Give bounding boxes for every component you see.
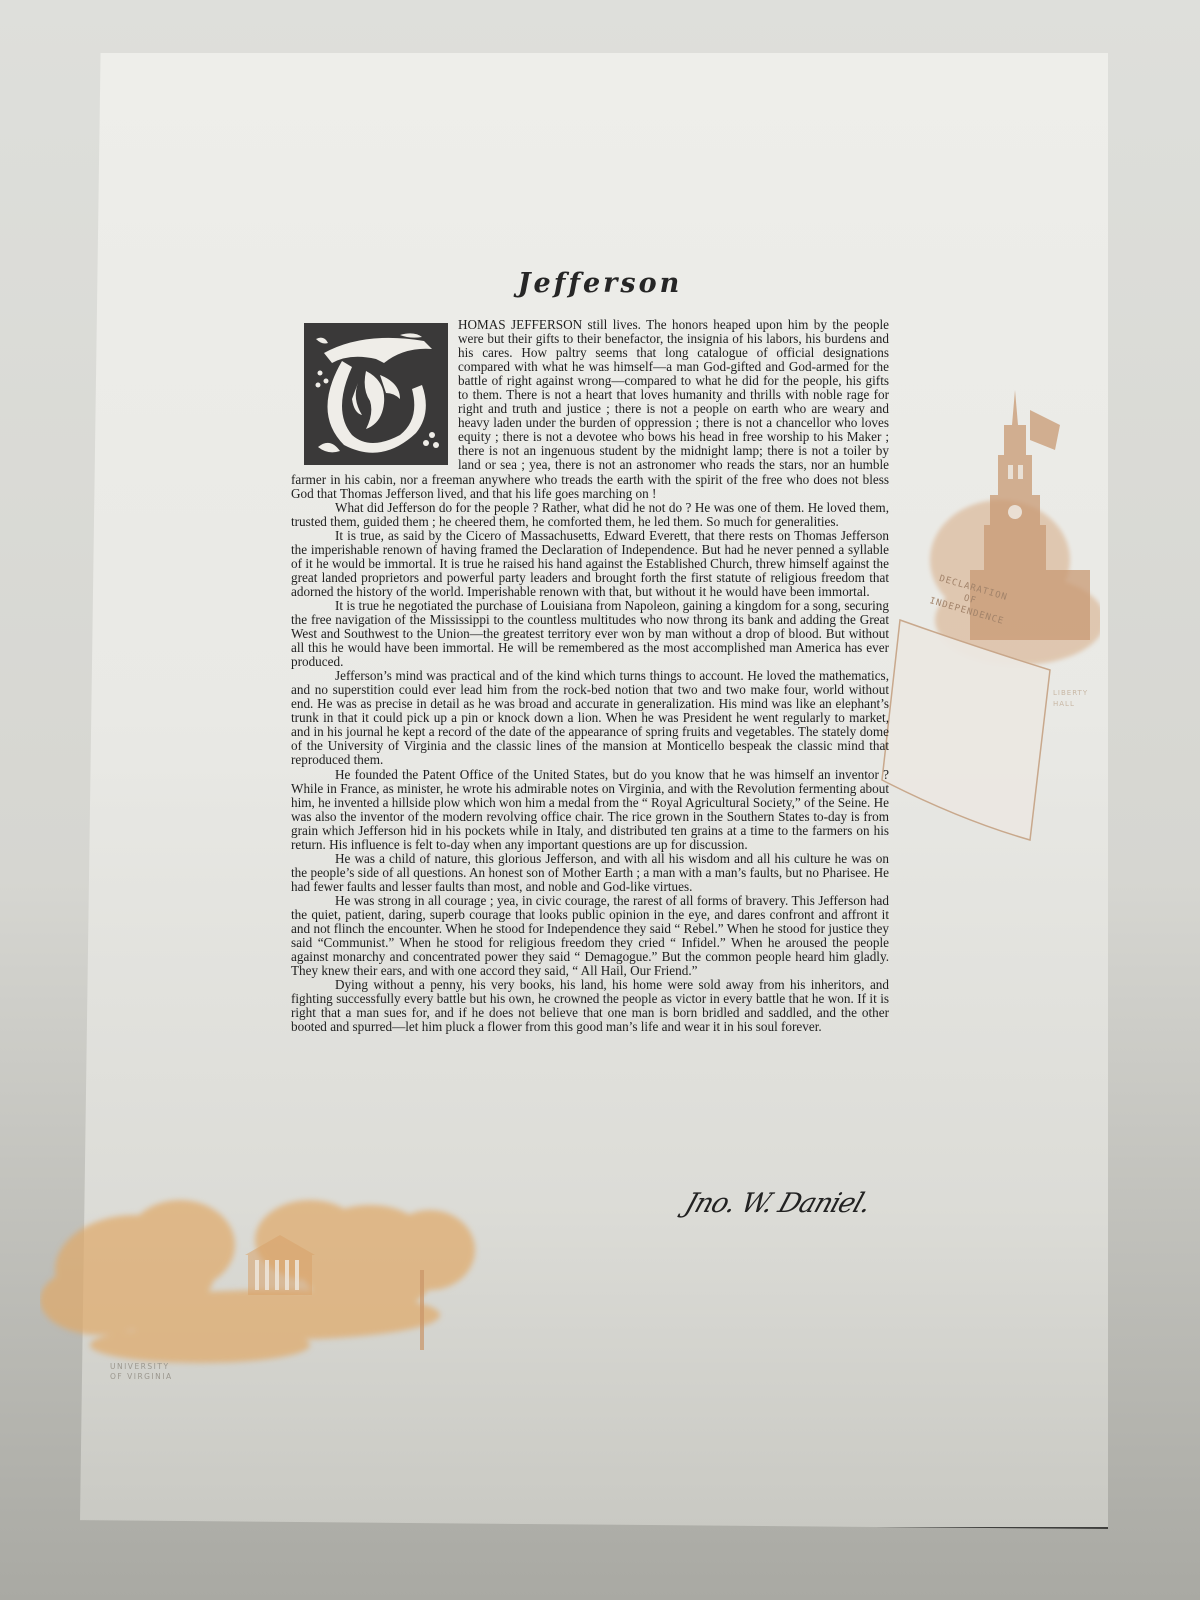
- paragraph: Dying without a penny, his very books, h…: [291, 978, 889, 1034]
- caption-line: LIBERTY: [1053, 688, 1088, 699]
- page-title: Jefferson: [0, 268, 1200, 299]
- paragraph: He was strong in all courage ; yea, in c…: [291, 894, 889, 978]
- author-signature: Jno. W. Daniel.: [681, 1188, 874, 1219]
- paragraph: It is true he negotiated the purchase of…: [291, 599, 889, 669]
- paragraph: Jefferson’s mind was practical and of th…: [291, 669, 889, 767]
- caption-line: UNIVERSITY: [110, 1362, 173, 1372]
- paragraph: It is true, as said by the Cicero of Mas…: [291, 529, 889, 599]
- paragraph: What did Jefferson do for the people ? R…: [291, 501, 889, 529]
- illuminated-dropcap-t: [304, 323, 448, 465]
- paragraph: He founded the Patent Office of the Unit…: [291, 768, 889, 852]
- paragraph: He was a child of nature, this glorious …: [291, 852, 889, 894]
- caption-line: OF VIRGINIA: [110, 1372, 173, 1382]
- essay-body: HOMAS JEFFERSON still lives. The honors …: [291, 318, 889, 1034]
- university-of-virginia-caption: UNIVERSITY OF VIRGINIA: [110, 1362, 173, 1382]
- dropcap-ornament-icon: [304, 323, 448, 465]
- caption-line: HALL: [1053, 699, 1088, 710]
- liberty-hall-caption: LIBERTY HALL: [1053, 688, 1088, 710]
